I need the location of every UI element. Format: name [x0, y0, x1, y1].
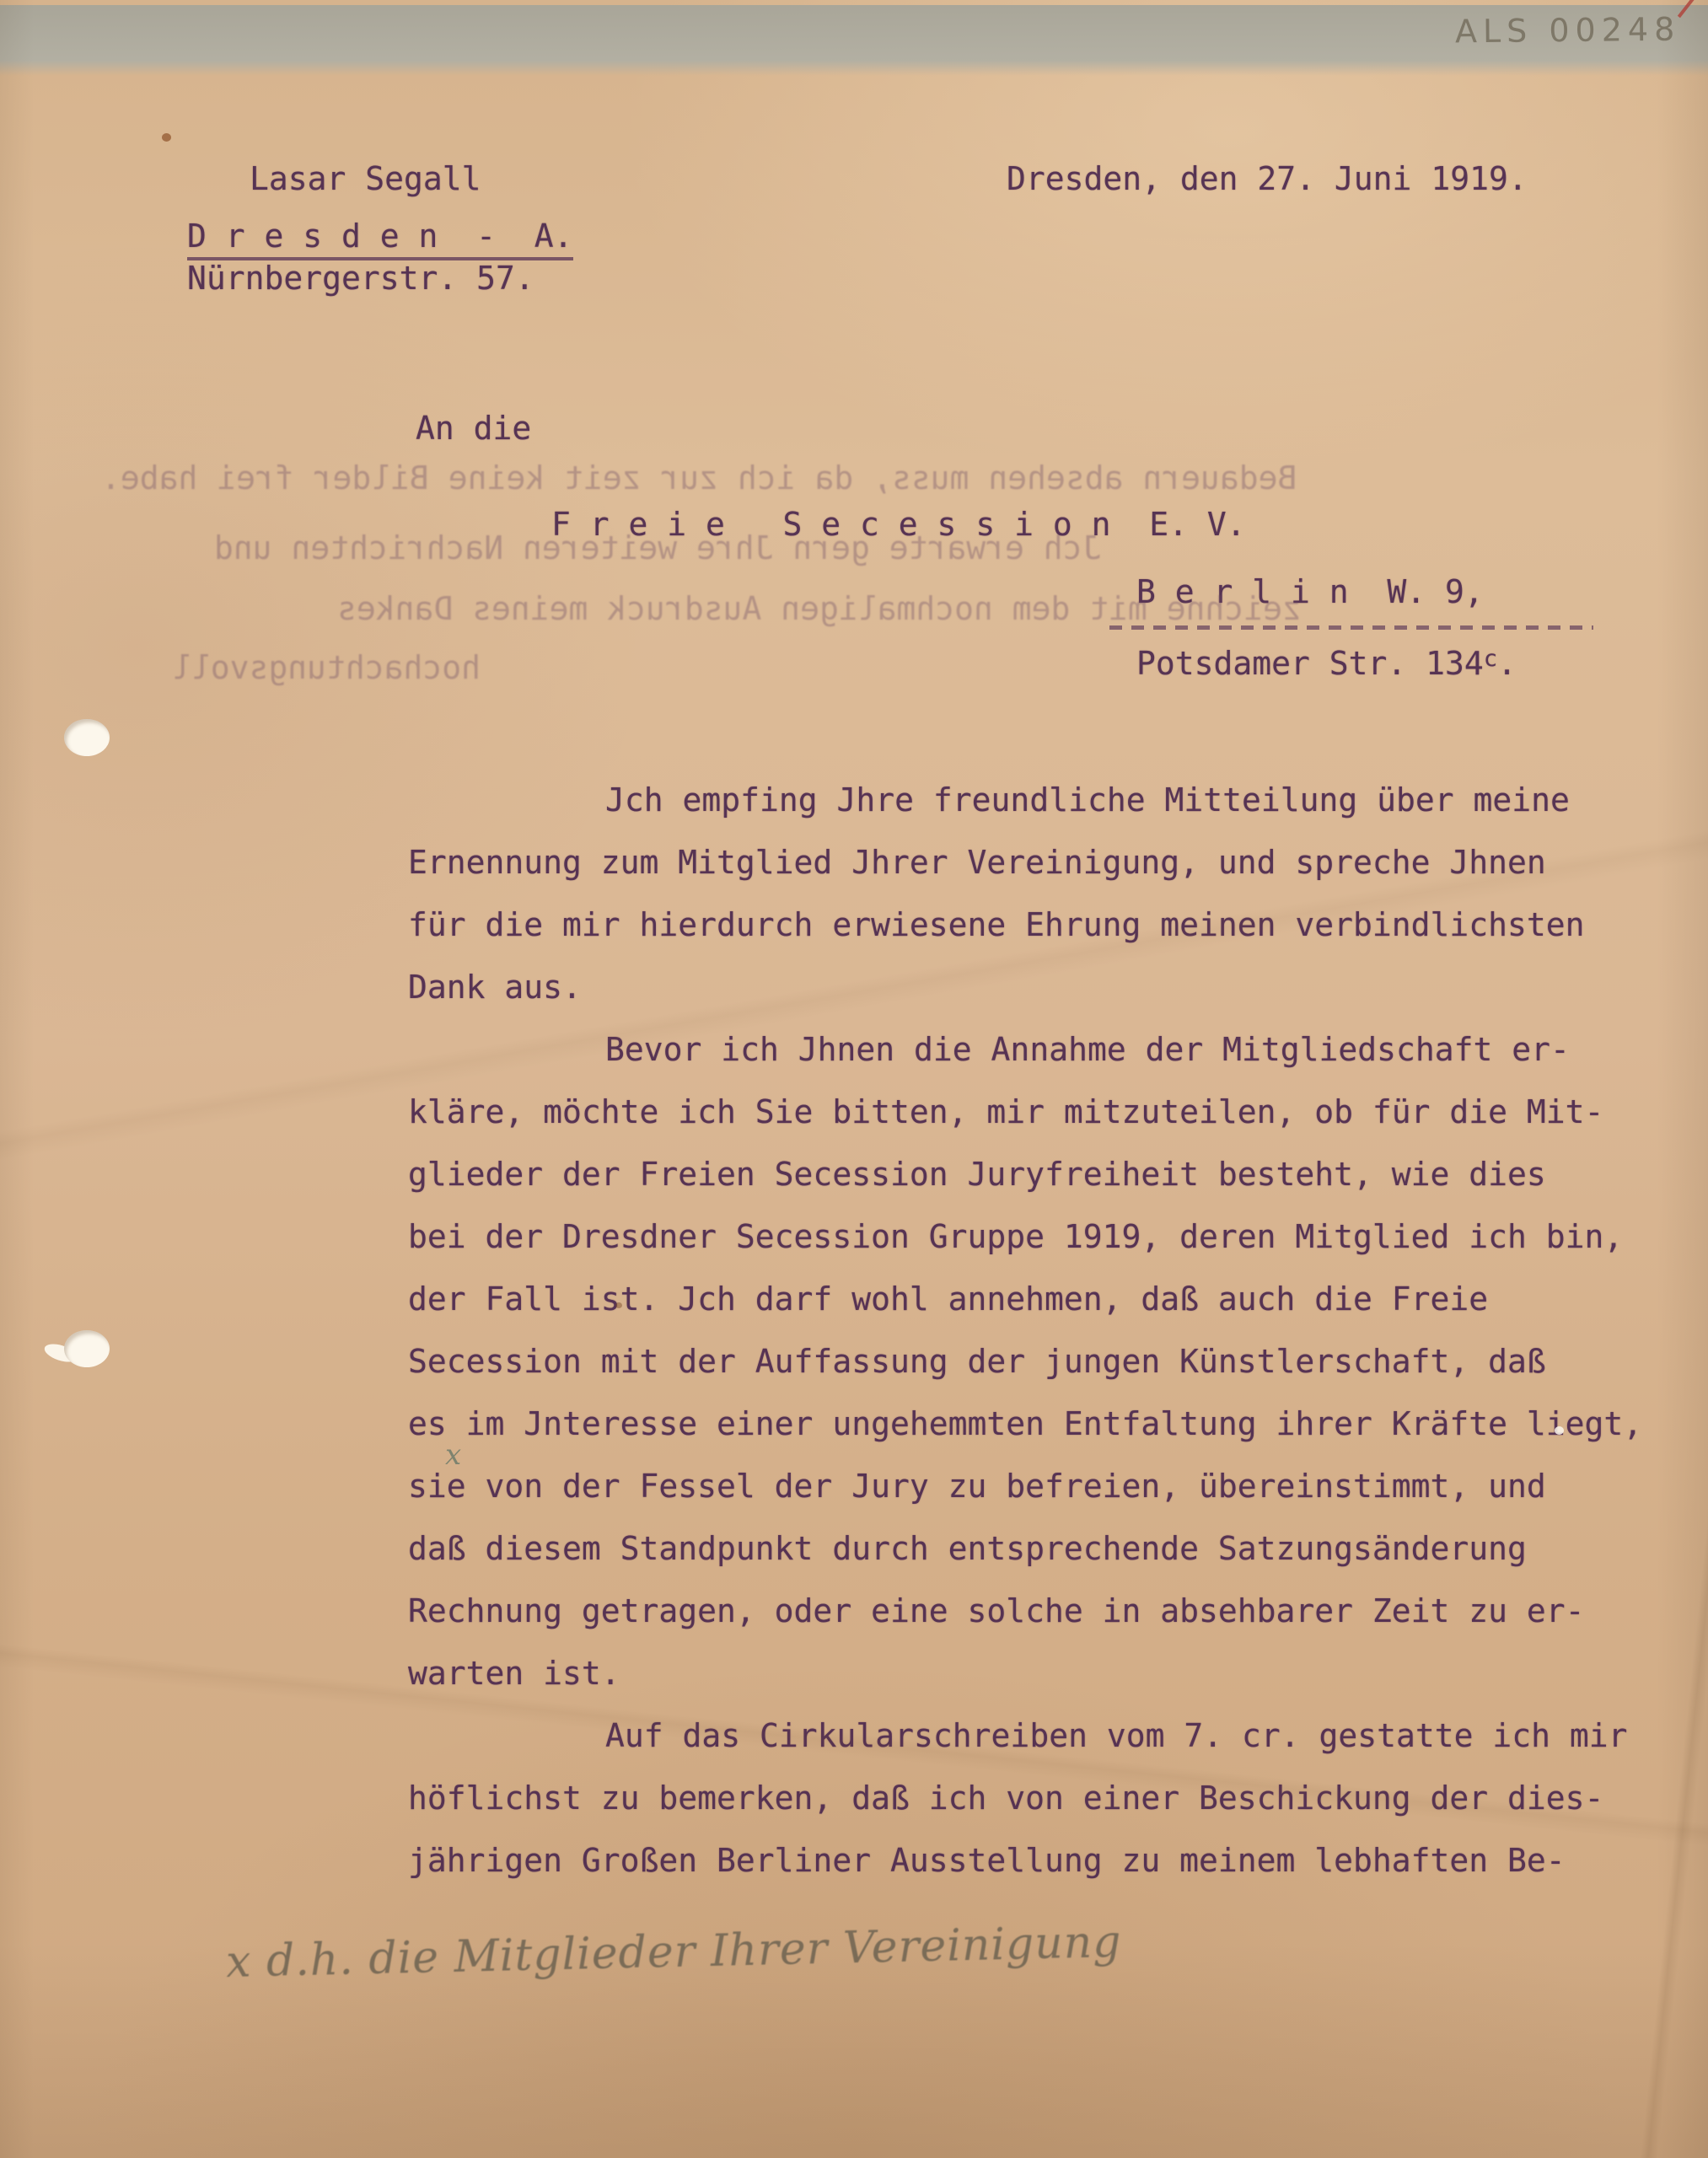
body-line: Bevor ich Jhnen die Annahme der Mitglied…	[408, 1018, 1642, 1081]
bleedthrough-line: hochachtungsvoll	[172, 649, 481, 686]
paper-speck	[615, 1302, 622, 1308]
body-line: Secession mit der Auffassung der jungen …	[408, 1330, 1642, 1393]
bleedthrough-line: Bedauern absehen muss, da ich zur zeit k…	[101, 459, 1297, 497]
recipient-street-period: .	[1497, 645, 1517, 682]
sender-street: Nürnbergerstr. 57.	[187, 260, 534, 297]
recipient-street: Potsdamer Str. 134c.	[1136, 641, 1517, 682]
body-line: für die mir hierdurch erwiesene Ehrung m…	[408, 894, 1642, 956]
letter-body: Jch empfing Jhre freundliche Mitteilung …	[408, 769, 1642, 1892]
body-line: höflichst zu bemerken, daß ich von einer…	[408, 1767, 1642, 1829]
body-line: Ernennung zum Mitglied Jhrer Vereinigung…	[408, 831, 1642, 894]
scan-top-band	[0, 5, 1708, 76]
body-line: glieder der Freien Secession Juryfreihei…	[408, 1143, 1642, 1205]
punch-hole-top	[64, 719, 110, 756]
body-line: es im Jnteresse einer ungehemmten Entfal…	[408, 1393, 1642, 1455]
body-line: Auf das Cirkularschreiben vom 7. cr. ges…	[408, 1704, 1642, 1767]
body-line: jährigen Großen Berliner Ausstellung zu …	[408, 1829, 1642, 1892]
body-line: sie von der Fessel der Jury zu befreien,…	[408, 1455, 1642, 1517]
pencil-insert-mark: x	[445, 1438, 461, 1472]
recipient-salutation: An die	[416, 410, 531, 447]
body-line: Rechnung getragen, oder eine solche in a…	[408, 1580, 1642, 1642]
sender-name: Lasar Segall	[250, 160, 481, 197]
body-line: Jch empfing Jhre freundliche Mitteilung …	[408, 769, 1642, 831]
body-line: kläre, möchte ich Sie bitten, mir mitzut…	[408, 1081, 1642, 1143]
body-line: daß diesem Standpunkt durch entsprechend…	[408, 1517, 1642, 1580]
letter-scan: ALS 00248 Lasar Segall Dresden, den 27. …	[0, 0, 1708, 2158]
body-line: Dank aus.	[408, 956, 1642, 1018]
bleedthrough-line: Jch erwarte gern Jhre weiteren Nachricht…	[214, 529, 1101, 566]
recipient-street-superscript: c	[1484, 646, 1497, 672]
catalog-number: ALS 00248	[1455, 11, 1681, 51]
sender-city: D r e s d e n - A.	[187, 217, 573, 260]
recipient-street-text: Potsdamer Str. 134	[1136, 645, 1484, 682]
punch-hole-bottom	[64, 1330, 110, 1367]
paper-speck	[162, 133, 171, 142]
bleedthrough-line: zeichne mit dem nochmaligen Ausdruck mei…	[337, 590, 1302, 627]
body-line: der Fall ist. Jch darf wohl annehmen, da…	[408, 1268, 1642, 1330]
dateline: Dresden, den 27. Juni 1919.	[1007, 160, 1528, 197]
paper-speck	[1555, 1426, 1564, 1435]
handwritten-footnote: x d.h. die Mitglieder Ihrer Vereinigung	[225, 1917, 1122, 1988]
body-line: warten ist.	[408, 1642, 1642, 1704]
body-line: bei der Dresdner Secession Gruppe 1919, …	[408, 1205, 1642, 1268]
